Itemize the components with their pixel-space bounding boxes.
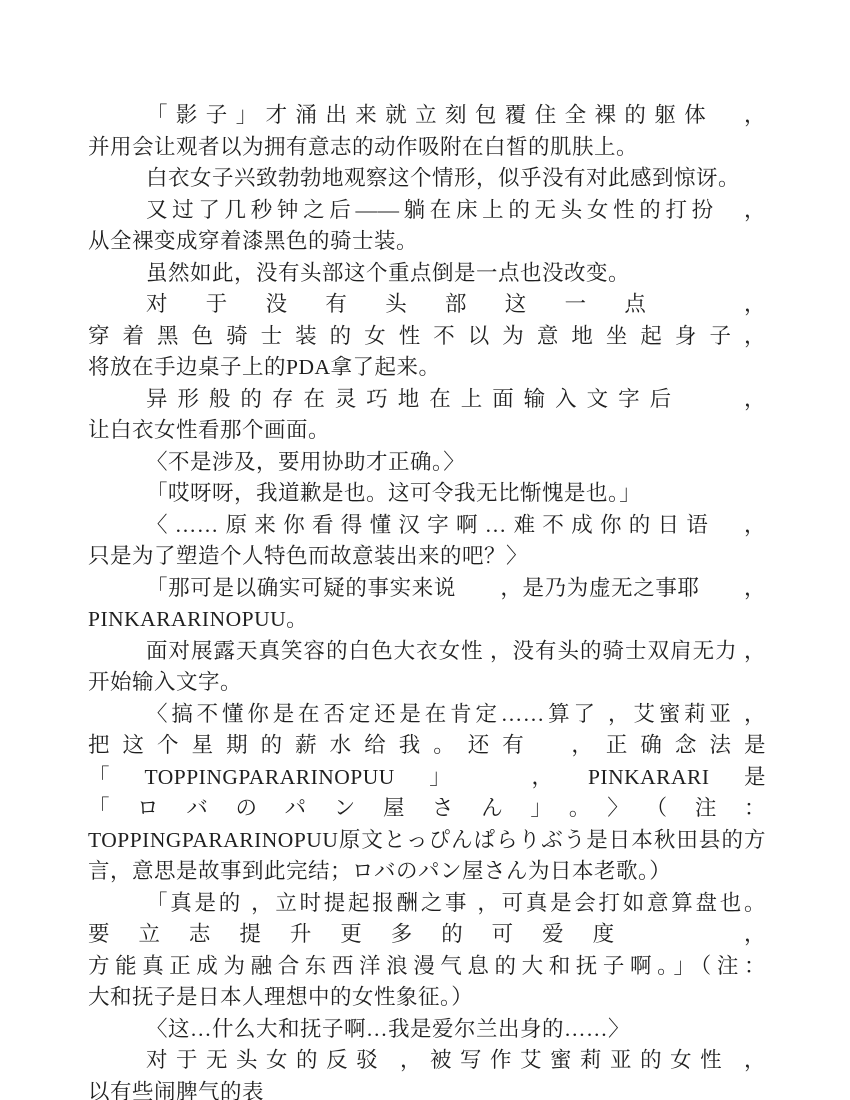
paragraph: 虽然如此，没有头部这个重点倒是一点也没改变。 <box>88 258 766 290</box>
novel-text-block: 「影子」才涌出来就立刻包覆住全裸的躯体 ，并用会让观者以为拥有意志的动作吸附在白… <box>88 100 766 1100</box>
paragraph: 〈不是涉及，要用协助才正确。〉 <box>88 447 766 479</box>
paragraph: 〈……原来你看得懂汉字啊…难不成你的日语 ，只是为了塑造个人特色而故意装出来的吧… <box>88 510 766 573</box>
paragraph: 面对展露天真笑容的白色大衣女性 ，没有头的骑士双肩无力 ，开始输入文字。 <box>88 636 766 699</box>
paragraph: 〈搞不懂你是在否定还是在肯定……算了 ，艾蜜莉亚 ，把这个星期的薪水给我。还有 … <box>88 699 766 888</box>
paragraph: 「影子」才涌出来就立刻包覆住全裸的躯体 ，并用会让观者以为拥有意志的动作吸附在白… <box>88 100 766 163</box>
paragraph: 「真是的 ，立时提起报酬之事 ，可真是会打如意算盘也。要立志提升更多的可爱度 ，… <box>88 888 766 1014</box>
paragraph: 白衣女子兴致勃勃地观察这个情形，似乎没有对此感到惊讶。 <box>88 163 766 195</box>
paragraph: 异形般的存在灵巧地在上面输入文字后 ，让白衣女性看那个画面。 <box>88 384 766 447</box>
paragraph: 对于没有头部这一点 ，穿着黑色骑士装的女性不以为意地坐起身子，将放在手边桌子上的… <box>88 289 766 384</box>
paragraph: 又过了几秒钟之后——躺在床上的无头女性的打扮 ，从全裸变成穿着漆黑色的骑士装。 <box>88 195 766 258</box>
paragraph: 「哎呀呀，我道歉是也。这可令我无比惭愧是也。」 <box>88 478 766 510</box>
paragraph: 〈这…什么大和抚子啊…我是爱尔兰出身的……〉 <box>88 1014 766 1046</box>
document-page: 「影子」才涌出来就立刻包覆住全裸的躯体 ，并用会让观者以为拥有意志的动作吸附在白… <box>0 0 850 1100</box>
paragraph: 对于无头女的反驳 ，被写作艾蜜莉亚的女性 ，以有些闹脾气的表 <box>88 1045 766 1100</box>
paragraph: 「那可是以确实可疑的事实来说 ，是乃为虚无之事耶 ，PINKARARINOPUU… <box>88 573 766 636</box>
